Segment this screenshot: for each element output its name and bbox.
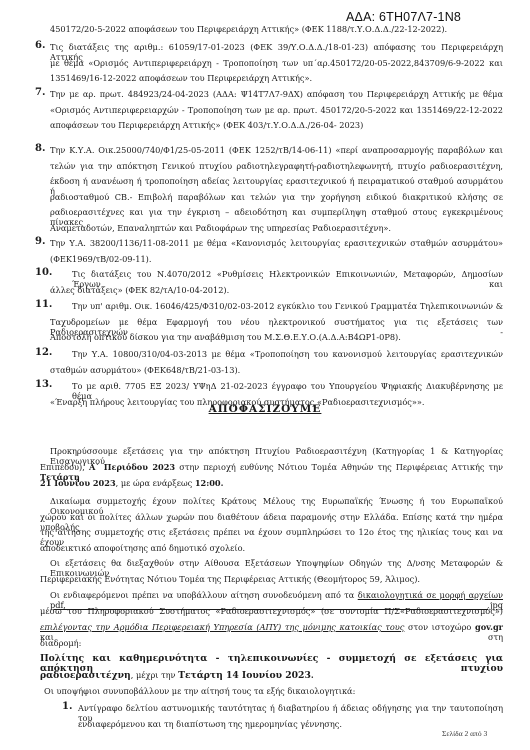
item-number: 8.	[35, 144, 45, 154]
item-line: Την με αρ. πρωτ. 484923/24-04-2023 (ΑΔΑ:…	[50, 89, 503, 99]
text-run: στην περιοχή ευθύνης Νότιου Τομέα Αθηνών…	[175, 462, 503, 472]
item-number: 13.	[35, 380, 52, 390]
eligibility-line: αποδεικτικό αποφοίτησης από δημοτικό σχο…	[40, 543, 245, 553]
deadline-date: Τετάρτη 14 Ιουνίου 2023	[178, 670, 311, 681]
application-line: διαδρομή:	[40, 638, 81, 648]
item-line: Την Υ.Α. 38200/1136/11-08-2011 με θέμα «…	[50, 238, 503, 248]
gov-gr-link: gov.gr	[475, 622, 503, 632]
text-run: στον ιστοχώρο	[404, 622, 475, 632]
item-line: ραδιοσταθμού CB.- Επιβολή παραβόλων και …	[50, 192, 503, 202]
application-line: επιλέγοντας την Αρμόδια Περιφερειακή Υπη…	[40, 622, 503, 642]
item-line: σταθμών ασυρμάτου» (ΦΕΚ648/τΒ/21-03-13).	[50, 365, 240, 375]
text-run: , μέχρι την	[131, 670, 178, 680]
page-number: Σελίδα 2 από 3	[442, 729, 487, 738]
item-number: 9.	[35, 237, 45, 247]
text-run: .	[311, 670, 314, 680]
item-line: Αναμεταδοτών, Επαναληπτών και Ραδιοφάρων…	[50, 223, 391, 233]
item-number: 7.	[35, 88, 45, 98]
item-line: Την Υ.Α. 10800/310/04-03-2013 με θέμα «Τ…	[72, 349, 503, 359]
item-number: 10.	[35, 268, 52, 278]
region-instruction: επιλέγοντας την Αρμόδια Περιφερειακή Υπη…	[40, 622, 404, 632]
documents-intro: Οι υποψήφιοι συνυποβάλλουν με την αίτησή…	[44, 686, 355, 696]
paragraph-line: 21 Ιουνίου 2023, με ώρα ενάρξεως 12:00.	[40, 478, 223, 488]
exam-time: 12:00.	[195, 478, 224, 488]
text-run: και στη	[40, 632, 503, 642]
period-label: Α΄ Περιόδου 2023	[89, 462, 175, 472]
document-line: ενδιαφερόμενου και τη διαπίστωση της ημε…	[78, 719, 342, 729]
item-line: (ΦΕΚ1969/τΒ/02-09-11).	[50, 254, 151, 264]
document-number: 1.	[62, 702, 72, 712]
item-line: αποφάσεων του Περιφερειάρχη Αττικής» (ΦΕ…	[50, 120, 363, 130]
exam-date: 21 Ιουνίου 2023	[40, 478, 116, 488]
text-run: Οι ενδιαφερόμενοι πρέπει να υποβάλλουν α…	[50, 590, 358, 600]
item-line: τελών για την απόκτηση Γενικού πτυχίου ρ…	[50, 161, 503, 171]
item-number: 11.	[35, 300, 52, 310]
text-run: , με ώρα ενάρξεως	[116, 478, 195, 488]
item-number: 6.	[35, 41, 45, 51]
text-run: Επιπέδου),	[40, 462, 89, 472]
item-line: Την υπ' αριθμ. Οικ. 16046/425/Φ310/02-03…	[72, 301, 503, 311]
application-line: μέσω του Πληροφοριακού Συστήματος «Ραδιο…	[40, 606, 503, 616]
item-line: Αποστολή οπτικού δίσκου για την αναβάθμι…	[50, 332, 401, 342]
decision-heading: ΑΠΟΦΑΣΙΖΟΥΜΕ	[0, 403, 530, 415]
item-line: άλλες διατάξεις» (ΦΕΚ 82/τΑ/10-04-2012).	[50, 285, 229, 295]
path-end: ραδιοερασιτέχνη	[40, 670, 131, 681]
continued-line: 450172/20-5-2022 αποφάσεων του Περιφερει…	[50, 24, 447, 34]
item-line: με θέμα «Ορισμός Αντιπεριφερειάρχη - Τρο…	[50, 58, 503, 68]
venue-line: Περιφερειακής Ενότητας Νότιου Τομέα της …	[40, 574, 420, 584]
item-line: 1351469/16-12-2022 αποφάσεων του Περιφερ…	[50, 73, 312, 83]
item-line: Την Κ.Υ.Α. Οικ.25000/740/Φ1/25-05-2011 (…	[50, 145, 503, 155]
application-line: ραδιοερασιτέχνη, μέχρι την Τετάρτη 14 Ιο…	[40, 670, 314, 681]
ada-code: ΑΔΑ: 6ΤΗ07Λ7-1Ν8	[346, 10, 461, 24]
item-number: 12.	[35, 348, 52, 358]
item-line: «Ορισμός Αντιπεριφερειαρχών - Τροποποίησ…	[50, 105, 503, 115]
